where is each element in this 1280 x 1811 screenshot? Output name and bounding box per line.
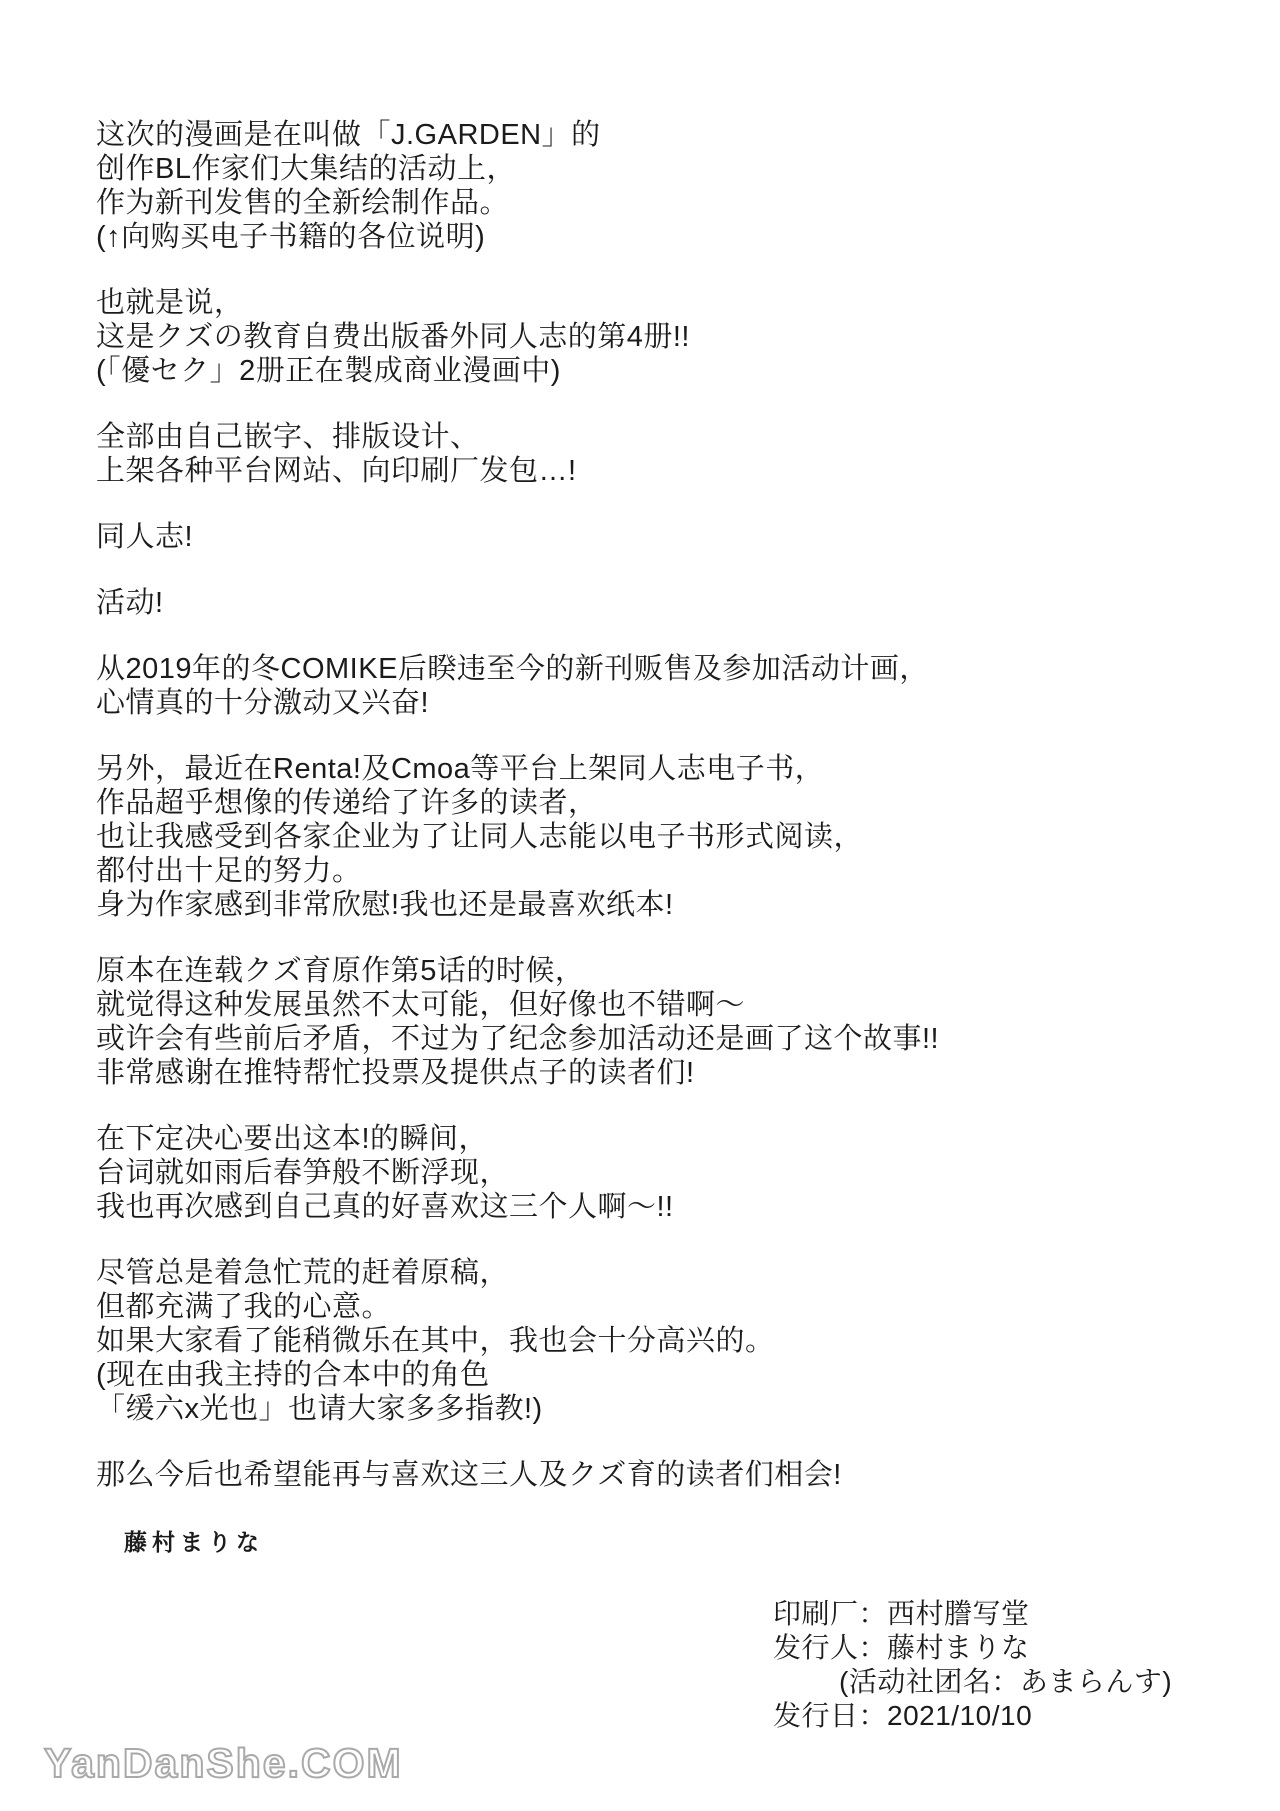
text-line: 如果大家看了能稍微乐在其中，我也会十分高兴的。 (96, 1324, 1240, 1358)
watermark-logo: YanDanShe.COM (44, 1740, 403, 1787)
text-line: 我也再次感到自己真的好喜欢这三个人啊～!! (96, 1190, 1240, 1224)
text-line: 那么今后也希望能再与喜欢这三人及クズ育的读者们相会! (96, 1458, 1240, 1492)
text-line: 身为作家感到非常欣慰!我也还是最喜欢纸本! (96, 888, 1240, 922)
text-line: 作为新刊发售的全新绘制作品。 (96, 186, 1240, 220)
author-signature: 藤村まりな (124, 1524, 1240, 1557)
text-line: 但都充满了我的心意。 (96, 1290, 1240, 1324)
text-line: 全部由自己嵌字、排版设计、 (96, 420, 1240, 454)
colophon-line: 发行日：2021/10/10 (773, 1699, 1240, 1733)
text-line: 原本在连载クズ育原作第5话的时候， (96, 954, 1240, 988)
text-line: 在下定决心要出这本!的瞬间， (96, 1122, 1240, 1156)
paragraph: 也就是说，这是クズの教育自费出版番外同人志的第4册!!(「優セク」2册正在製成商… (96, 286, 1240, 388)
paragraph: 从2019年的冬COMIKE后睽违至今的新刊贩售及参加活动计画，心情真的十分激动… (96, 652, 1240, 720)
paragraph: 原本在连载クズ育原作第5话的时候，就觉得这种发展虽然不太可能，但好像也不错啊～或… (96, 954, 1240, 1090)
paragraph: 那么今后也希望能再与喜欢这三人及クズ育的读者们相会! (96, 1458, 1240, 1492)
text-line: 心情真的十分激动又兴奋! (96, 686, 1240, 720)
text-line: 尽管总是着急忙荒的赶着原稿， (96, 1256, 1240, 1290)
text-line: 都付出十足的努力。 (96, 854, 1240, 888)
text-line: 「缓六x光也」也请大家多多指教!) (96, 1392, 1240, 1426)
text-line: 活动! (96, 586, 1240, 620)
text-line: 同人志! (96, 520, 1240, 554)
paragraph: 活动! (96, 586, 1240, 620)
text-line: 从2019年的冬COMIKE后睽违至今的新刊贩售及参加活动计画， (96, 652, 1240, 686)
colophon-line: 印刷厂：西村謄写堂 (773, 1597, 1240, 1631)
text-line: 上架各种平台网站、向印刷厂发包…! (96, 454, 1240, 488)
text-line: (「優セク」2册正在製成商业漫画中) (96, 354, 1240, 388)
text-line: (现在由我主持的合本中的角色 (96, 1358, 1240, 1392)
text-line: 也就是说， (96, 286, 1240, 320)
colophon: 印刷厂：西村謄写堂发行人：藤村まりな(活动社团名：あまらんす)发行日：2021/… (773, 1597, 1240, 1733)
paragraph: 另外，最近在Renta!及Cmoa等平台上架同人志电子书，作品超乎想像的传递给了… (96, 752, 1240, 922)
text-line: (↑向购买电子书籍的各位说明) (96, 220, 1240, 254)
afterword-text: 这次的漫画是在叫做「J.GARDEN」的创作BL作家们大集结的活动上，作为新刊发… (96, 118, 1240, 1492)
text-line: 非常感谢在推特帮忙投票及提供点子的读者们! (96, 1056, 1240, 1090)
paragraph: 同人志! (96, 520, 1240, 554)
text-line: 另外，最近在Renta!及Cmoa等平台上架同人志电子书， (96, 752, 1240, 786)
colophon-line: (活动社团名：あまらんす) (773, 1665, 1240, 1699)
text-line: 也让我感受到各家企业为了让同人志能以电子书形式阅读， (96, 820, 1240, 854)
paragraph: 全部由自己嵌字、排版设计、上架各种平台网站、向印刷厂发包…! (96, 420, 1240, 488)
paragraph: 在下定决心要出这本!的瞬间，台词就如雨后春笋般不断浮现，我也再次感到自己真的好喜… (96, 1122, 1240, 1224)
text-line: 这次的漫画是在叫做「J.GARDEN」的 (96, 118, 1240, 152)
text-line: 创作BL作家们大集结的活动上， (96, 152, 1240, 186)
text-line: 或许会有些前后矛盾，不过为了纪念参加活动还是画了这个故事!! (96, 1022, 1240, 1056)
paragraph: 这次的漫画是在叫做「J.GARDEN」的创作BL作家们大集结的活动上，作为新刊发… (96, 118, 1240, 254)
paragraph: 尽管总是着急忙荒的赶着原稿，但都充满了我的心意。如果大家看了能稍微乐在其中，我也… (96, 1256, 1240, 1426)
text-line: 这是クズの教育自费出版番外同人志的第4册!! (96, 320, 1240, 354)
afterword-page: 这次的漫画是在叫做「J.GARDEN」的创作BL作家们大集结的活动上，作为新刊发… (0, 0, 1280, 1811)
text-line: 就觉得这种发展虽然不太可能，但好像也不错啊～ (96, 988, 1240, 1022)
text-line: 台词就如雨后春笋般不断浮现， (96, 1156, 1240, 1190)
text-line: 作品超乎想像的传递给了许多的读者， (96, 786, 1240, 820)
colophon-line: 发行人：藤村まりな (773, 1631, 1240, 1665)
